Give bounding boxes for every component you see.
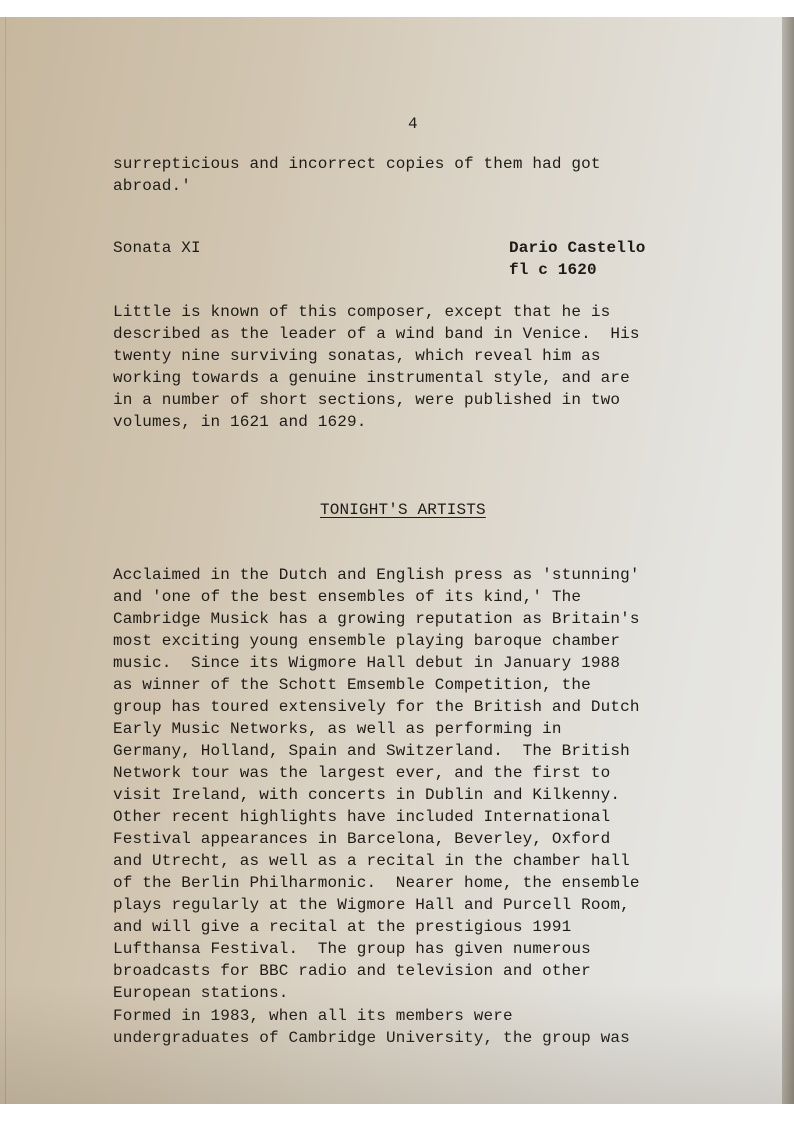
binding-edge [5, 17, 6, 1104]
artists-text-line: Germany, Holland, Spain and Switzerland.… [113, 740, 630, 762]
piece-notes-line: twenty nine surviving sonatas, which rev… [113, 345, 601, 367]
artists-text-line: of the Berlin Philharmonic. Nearer home,… [113, 872, 640, 894]
piece-notes-line: working towards a genuine instrumental s… [113, 367, 630, 389]
composer-name: Dario Castello [509, 237, 646, 259]
artists-text-line: and 'one of the best ensembles of its ki… [113, 586, 581, 608]
piece-notes-line: described as the leader of a wind band i… [113, 323, 640, 345]
artists-text-line: and will give a recital at the prestigio… [113, 916, 571, 938]
artists-text-line: Cambridge Musick has a growing reputatio… [113, 608, 640, 630]
artists-text-line: most exciting young ensemble playing bar… [113, 630, 620, 652]
artists-text-line: Lufthansa Festival. The group has given … [113, 938, 591, 960]
artists-text-line: Early Music Networks, as well as perform… [113, 718, 562, 740]
document-page: 4 surrepticious and incorrect copies of … [0, 17, 794, 1104]
continuation-line-1: surrepticious and incorrect copies of th… [113, 153, 601, 175]
artists-text-line: undergraduates of Cambridge University, … [113, 1027, 630, 1049]
piece-notes-line: volumes, in 1621 and 1629. [113, 411, 367, 433]
artists-text-line: Acclaimed in the Dutch and English press… [113, 564, 640, 586]
piece-title: Sonata XI [113, 237, 201, 259]
page-edge-shadow [782, 17, 794, 1104]
artists-text-line: plays regularly at the Wigmore Hall and … [113, 894, 630, 916]
artists-text-line: and Utrecht, as well as a recital in the… [113, 850, 630, 872]
artists-text-line: Network tour was the largest ever, and t… [113, 762, 610, 784]
artists-text-line: Formed in 1983, when all its members wer… [113, 1005, 513, 1027]
continuation-line-2: abroad.' [113, 175, 191, 197]
artists-text-line: Festival appearances in Barcelona, Bever… [113, 828, 610, 850]
artists-text-line: visit Ireland, with concerts in Dublin a… [113, 784, 620, 806]
artists-text-line: as winner of the Schott Emsemble Competi… [113, 674, 591, 696]
section-heading: TONIGHT'S ARTISTS [320, 499, 486, 521]
artists-text-line: European stations. [113, 982, 289, 1004]
piece-notes-line: Little is known of this composer, except… [113, 301, 610, 323]
piece-notes-line: in a number of short sections, were publ… [113, 389, 620, 411]
artists-text-line: broadcasts for BBC radio and television … [113, 960, 591, 982]
artists-text-line: music. Since its Wigmore Hall debut in J… [113, 652, 620, 674]
composer-dates: fl c 1620 [509, 259, 597, 281]
artists-text-line: group has toured extensively for the Bri… [113, 696, 640, 718]
page-number: 4 [408, 113, 418, 135]
artists-text-line: Other recent highlights have included In… [113, 806, 610, 828]
